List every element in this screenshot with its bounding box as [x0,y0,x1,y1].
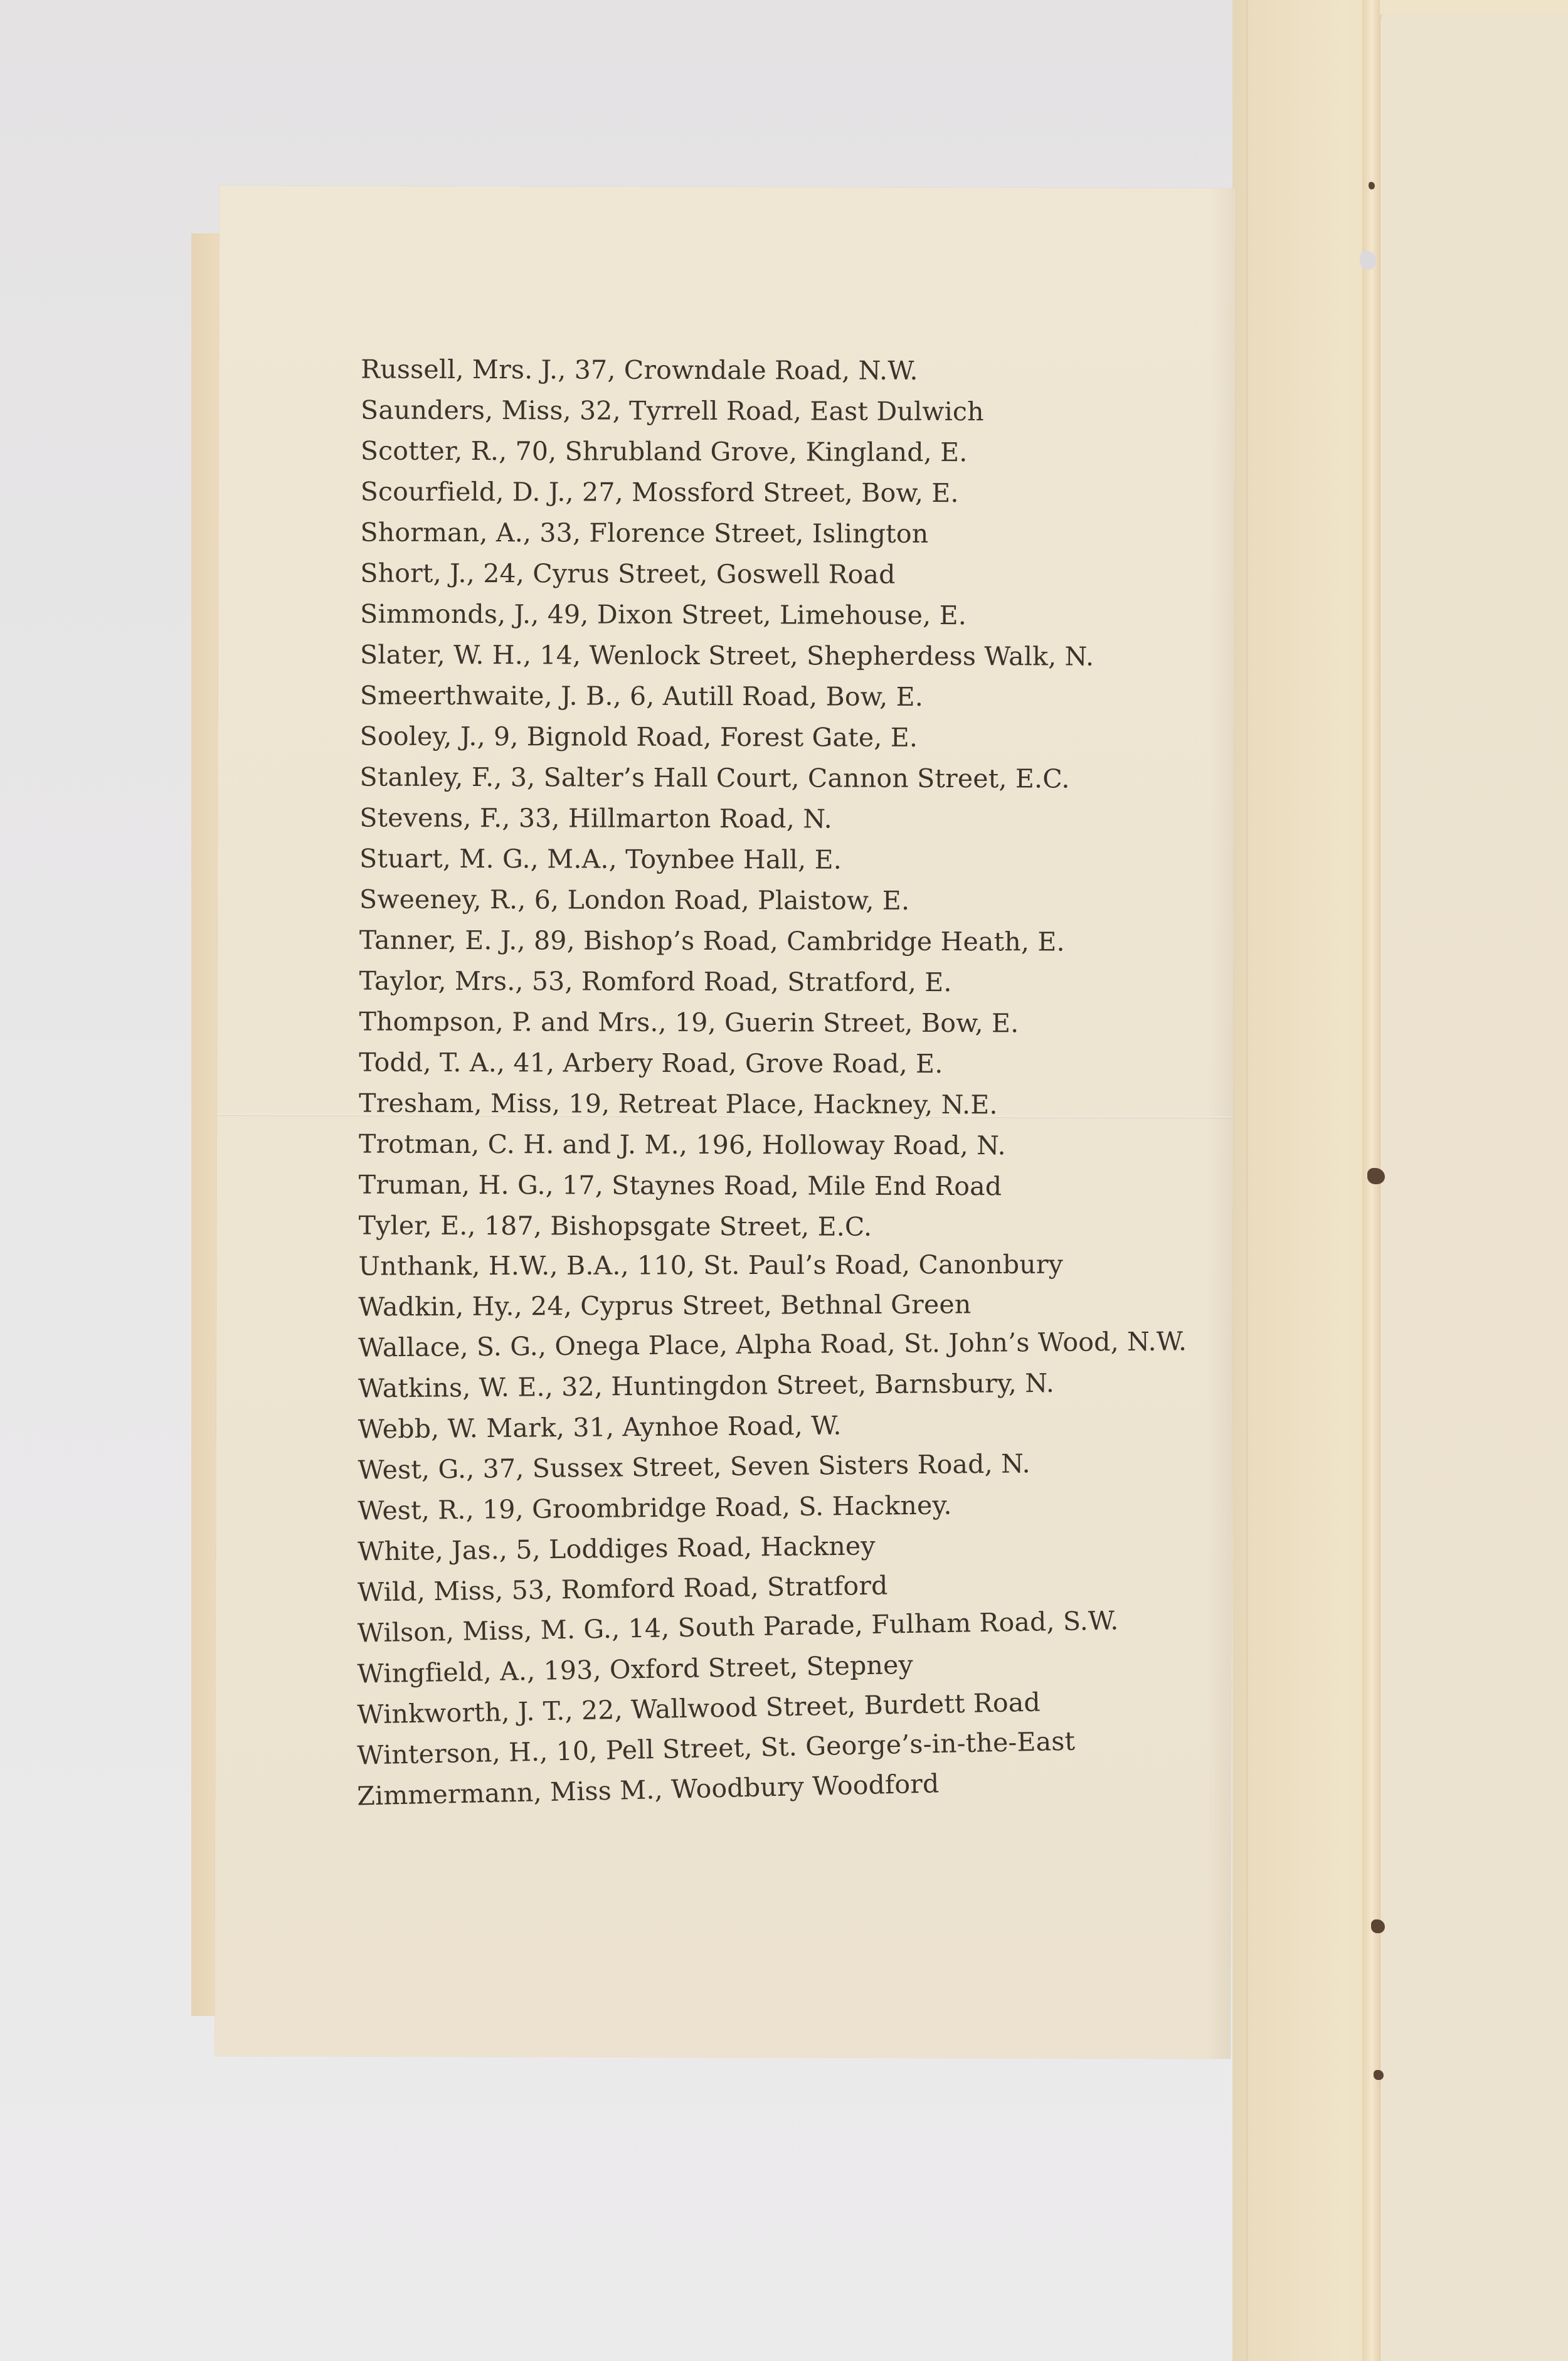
list-item: Saunders, Miss, 32, Tyrrell Road, East D… [361,390,1189,433]
binding-hole-icon [1374,2070,1384,2080]
list-item: Simmonds, J., 49, Dixon Street, Limehous… [360,594,1189,637]
page-fold-shadow [1205,188,1236,2059]
list-item: Truman, H. G., 17, Staynes Road, Mile En… [359,1165,1187,1207]
list-item: Slater, W. H., 14, Wenlock Street, Sheph… [360,635,1189,677]
list-item: Tresham, Miss, 19, Retreat Place, Hackne… [359,1083,1187,1126]
list-item: Sooley, J., 9, Bignold Road, Forest Gate… [360,716,1189,759]
list-item: Stuart, M. G., M.A., Toynbee Hall, E. [359,839,1188,881]
list-item: Tyler, E., 187, Bishopsgate Street, E.C. [359,1206,1187,1248]
facing-page [1380,14,1568,2361]
list-item: Stanley, F., 3, Salter’s Hall Court, Can… [359,757,1188,800]
address-list: Russell, Mrs. J., 37, Crowndale Road, N.… [357,349,1189,1819]
list-item: Stevens, F., 33, Hillmarton Road, N. [359,798,1188,841]
document-page: Russell, Mrs. J., 37, Crowndale Road, N.… [215,186,1236,2059]
list-item: Scourfield, D. J., 27, Mossford Street, … [361,472,1189,514]
list-item: Tanner, E. J., 89, Bishop’s Road, Cambri… [359,920,1188,963]
list-item: Wadkin, Hy., 24, Cyprus Street, Bethnal … [358,1283,1187,1328]
list-item: Thompson, P. and Mrs., 19, Guerin Street… [359,1002,1187,1044]
list-item: Short, J., 24, Cyrus Street, Goswell Roa… [360,553,1189,596]
list-item: Watkins, W. E., 32, Huntingdon Street, B… [358,1362,1187,1409]
binding-hole-icon [1371,1919,1385,1933]
binding-hole-icon [1360,251,1376,270]
list-item: Trotman, C. H. and J. M., 196, Holloway … [359,1124,1187,1167]
list-item: Shorman, A., 33, Florence Street, Isling… [360,512,1189,555]
list-item: Russell, Mrs. J., 37, Crowndale Road, N.… [361,349,1189,392]
list-item: Unthank, H.W., B.A., 110, St. Paul’s Roa… [358,1244,1187,1287]
list-item: Todd, T. A., 41, Arbery Road, Grove Road… [359,1043,1187,1085]
list-item: Sweeney, R., 6, London Road, Plaistow, E… [359,879,1188,922]
list-item: Taylor, Mrs., 53, Romford Road, Stratfor… [359,961,1188,1004]
right-page-top-edge [1380,0,1568,14]
binding-hole-icon [1367,1168,1385,1184]
list-item: Wallace, S. G., Onega Place, Alpha Road,… [358,1321,1187,1368]
list-item: Scotter, R., 70, Shrubland Grove, Kingla… [361,431,1189,474]
binding-hole-icon [1369,182,1375,189]
list-item: Smeerthwaite, J. B., 6, Autill Road, Bow… [360,676,1189,718]
